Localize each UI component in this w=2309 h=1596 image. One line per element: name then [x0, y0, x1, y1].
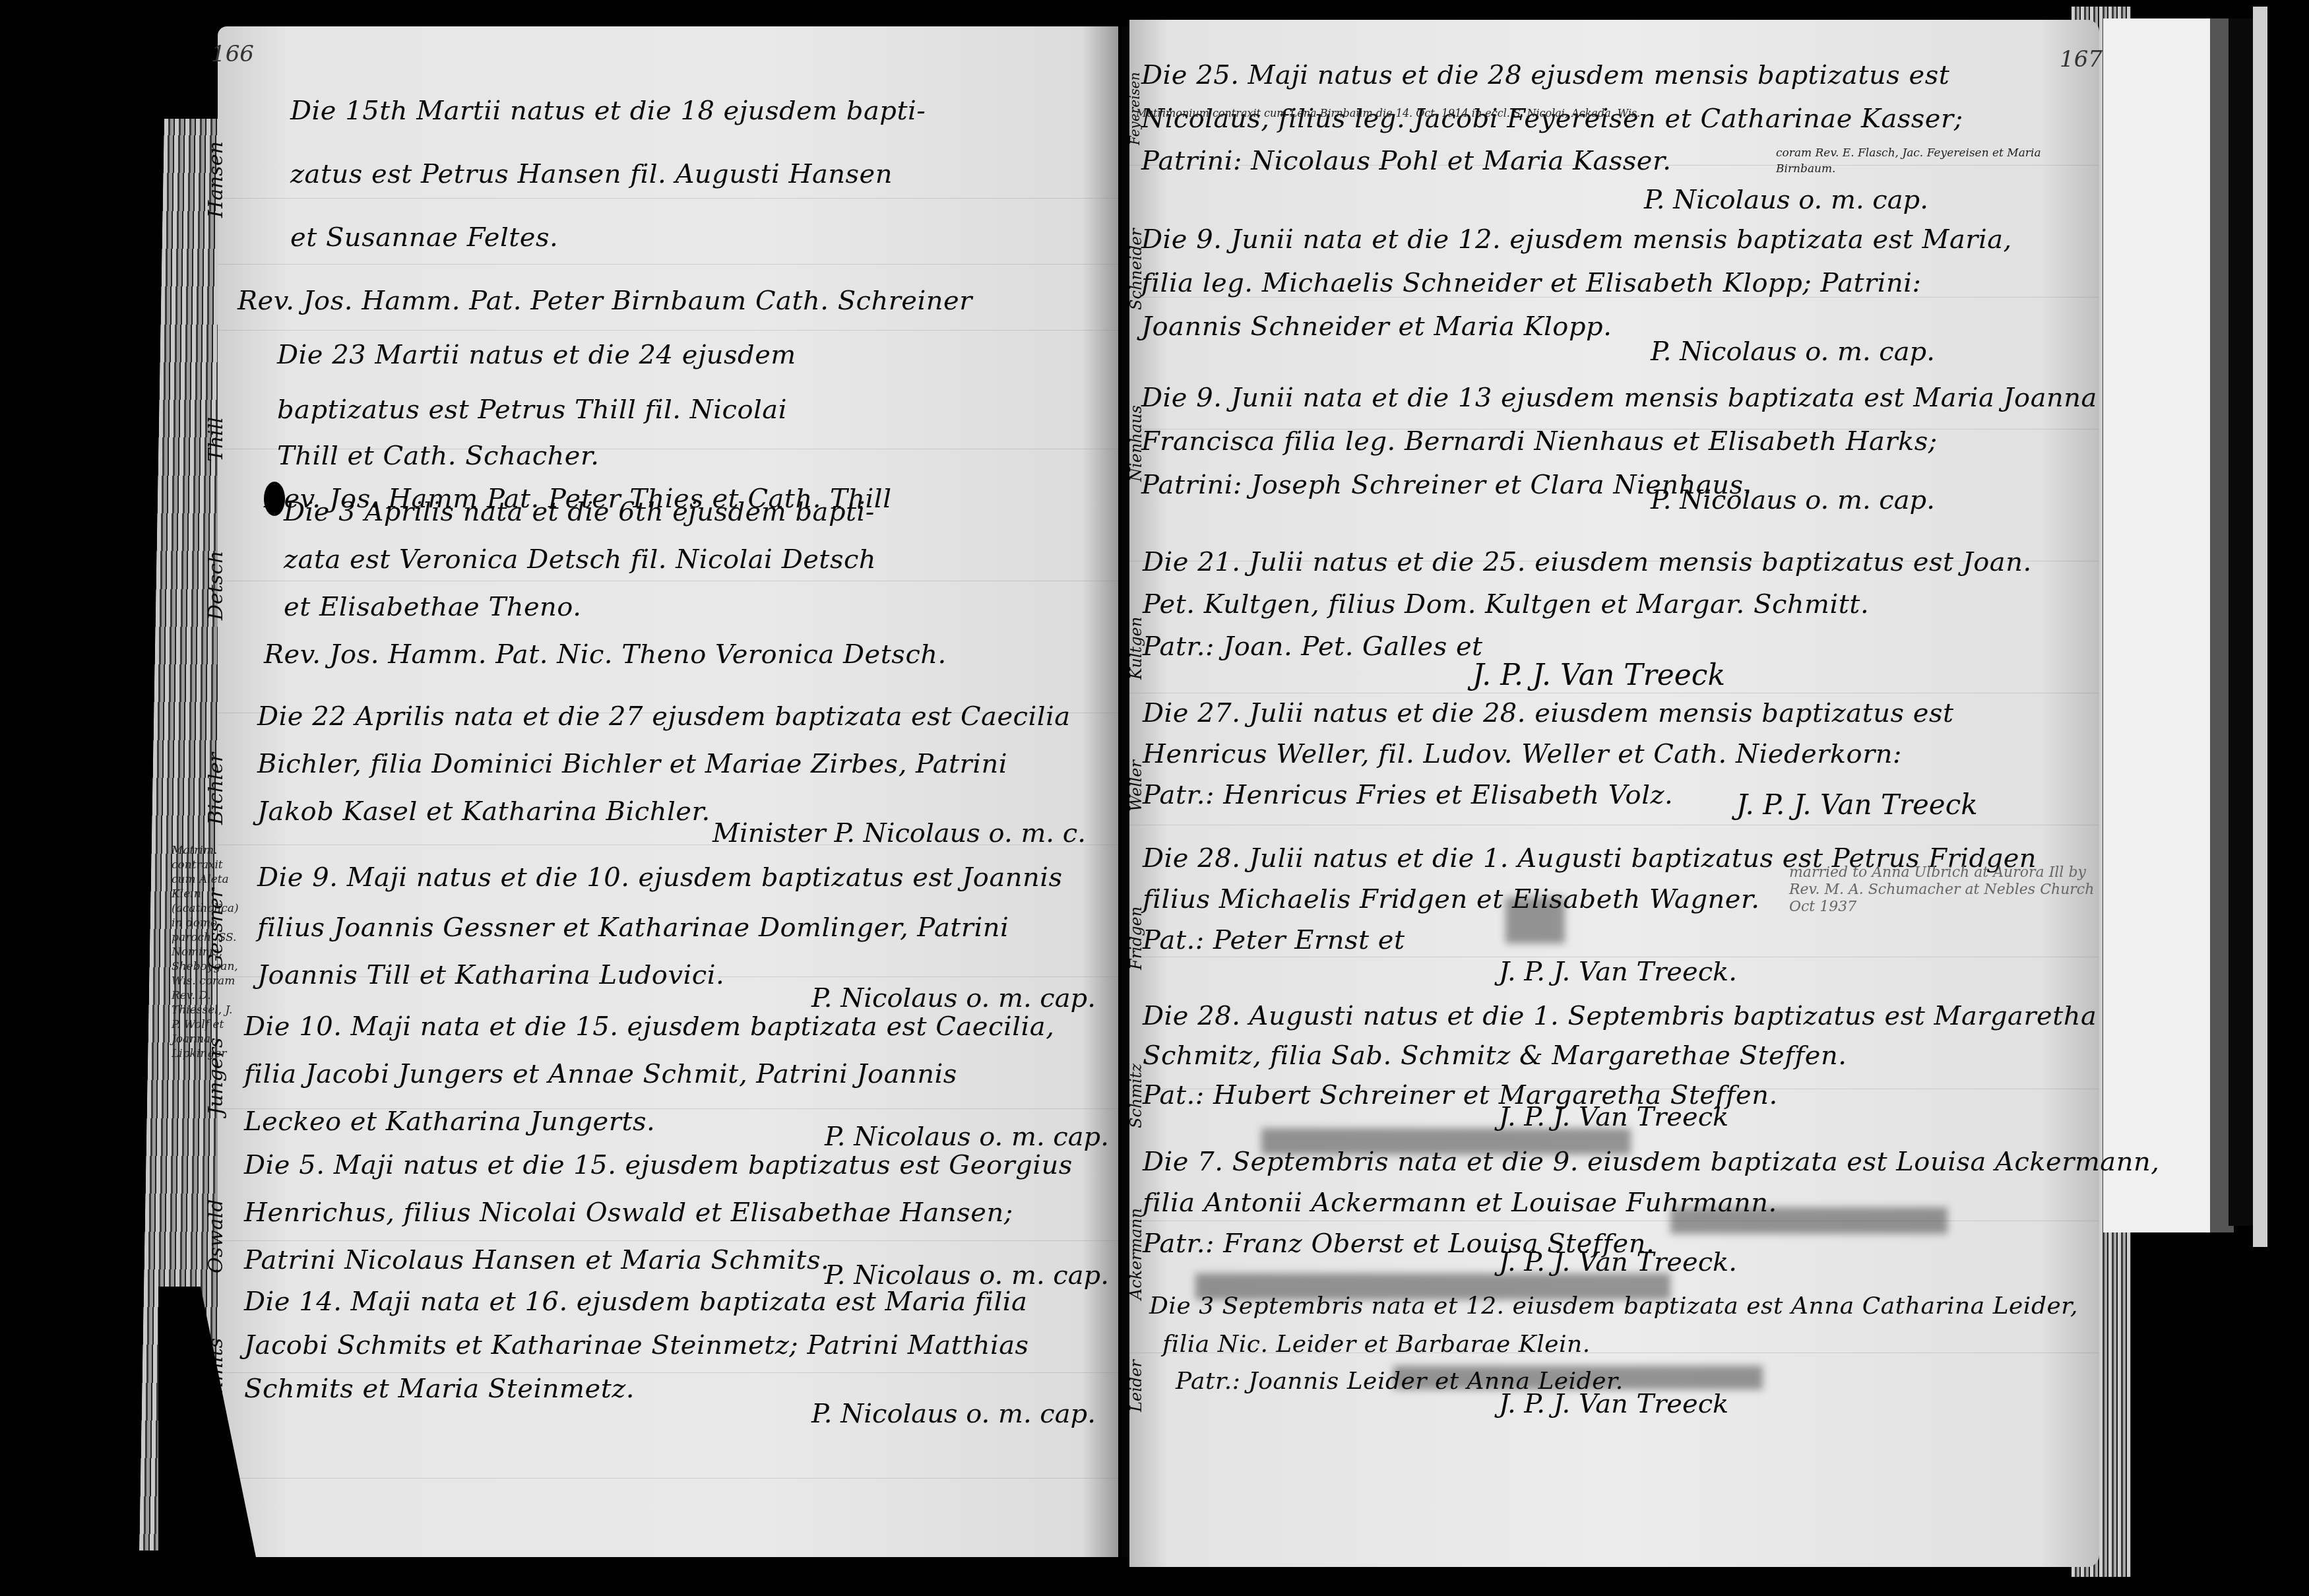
- register-entry: Die 9. Junii nata et die 12. ejusdem men…: [1141, 218, 2012, 348]
- margin-name: Gessner: [205, 888, 228, 970]
- left-page: 166 Hansen Die 15th Martii natus et die …: [218, 26, 1118, 1557]
- register-entry: Die 14. Maji nata et 16. ejusdem baptiza…: [244, 1280, 1029, 1411]
- priest-signature: J. P. J. Van Treeck: [1499, 1389, 1728, 1419]
- priest-signature: J. P. J. Van Treeck: [1736, 788, 1978, 821]
- marriage-note: Matrimonium contraxit cum Lena Birnbaum …: [1136, 107, 1640, 119]
- margin-name: Hansen: [205, 141, 228, 218]
- marriage-note: married to Anna Ulbrich at Aurora Ill by…: [1789, 864, 2099, 916]
- priest-signature: J. P. J. Van Treeck: [1499, 1102, 1728, 1132]
- register-entry: Die 3 Aprilis nata et die 6th ejusdem ba…: [284, 488, 947, 678]
- marriage-note: coram Rev. E. Flasch, Jac. Feyereisen et…: [1776, 145, 2093, 177]
- insert-edge: [2253, 7, 2267, 1247]
- priest-signature: P. Nicolaus o. m. cap.: [811, 1399, 1096, 1429]
- margin-name: Thill: [205, 417, 228, 462]
- priest-signature: J. P. J. Van Treeck.: [1499, 957, 1737, 987]
- margin-name: Oswald: [205, 1199, 228, 1273]
- insert-shadow-dark: [2229, 18, 2255, 1226]
- register-entry: Die 15th Martii natus et die 18 ejusdem …: [290, 79, 972, 333]
- priest-signature: Minister P. Nicolaus o. m. c.: [712, 818, 1086, 848]
- register-entry: Die 9. Maji natus et die 10. ejusdem bap…: [257, 851, 1063, 999]
- page-number: 167: [2060, 46, 2103, 73]
- margin-name: Leider: [1127, 1360, 1145, 1412]
- page-number: 166: [211, 41, 254, 67]
- register-entry: Die 9. Junii nata et die 13 ejusdem mens…: [1141, 376, 2097, 507]
- priest-signature: P. Nicolaus o. m. cap.: [1651, 485, 1935, 515]
- register-entry: Die 22 Aprilis nata et die 27 ejusdem ba…: [257, 693, 1071, 835]
- priest-signature: J. P. J. Van Treeck: [1472, 658, 1725, 692]
- right-page: 167 Feyereisen Die 25. Maji natus et die…: [1129, 20, 2099, 1567]
- priest-signature: P. Nicolaus o. m. cap.: [1651, 336, 1935, 367]
- register-entry: Die 21. Julii natus et die 25. eiusdem m…: [1143, 541, 2032, 668]
- margin-name: Bichler: [205, 753, 228, 825]
- margin-name: Detsch: [205, 551, 228, 620]
- priest-signature: J. P. J. Van Treeck.: [1499, 1247, 1737, 1277]
- ink-blot: [264, 482, 285, 516]
- register-entry: Die 28. Augusti natus et die 1. Septembr…: [1143, 996, 2097, 1115]
- sponsors-line: Rev. Jos. Hamm. Pat. Nic. Theno Veronica…: [264, 631, 947, 678]
- register-entry: Die 3 Septembris nata et 12. eiusdem bap…: [1149, 1287, 2078, 1400]
- priest-signature: P. Nicolaus o. m. cap.: [1644, 185, 1928, 215]
- margin-name: Jungers: [205, 1038, 228, 1115]
- register-entry: Die 7. Septembris nata et die 9. eiusdem…: [1143, 1141, 2159, 1264]
